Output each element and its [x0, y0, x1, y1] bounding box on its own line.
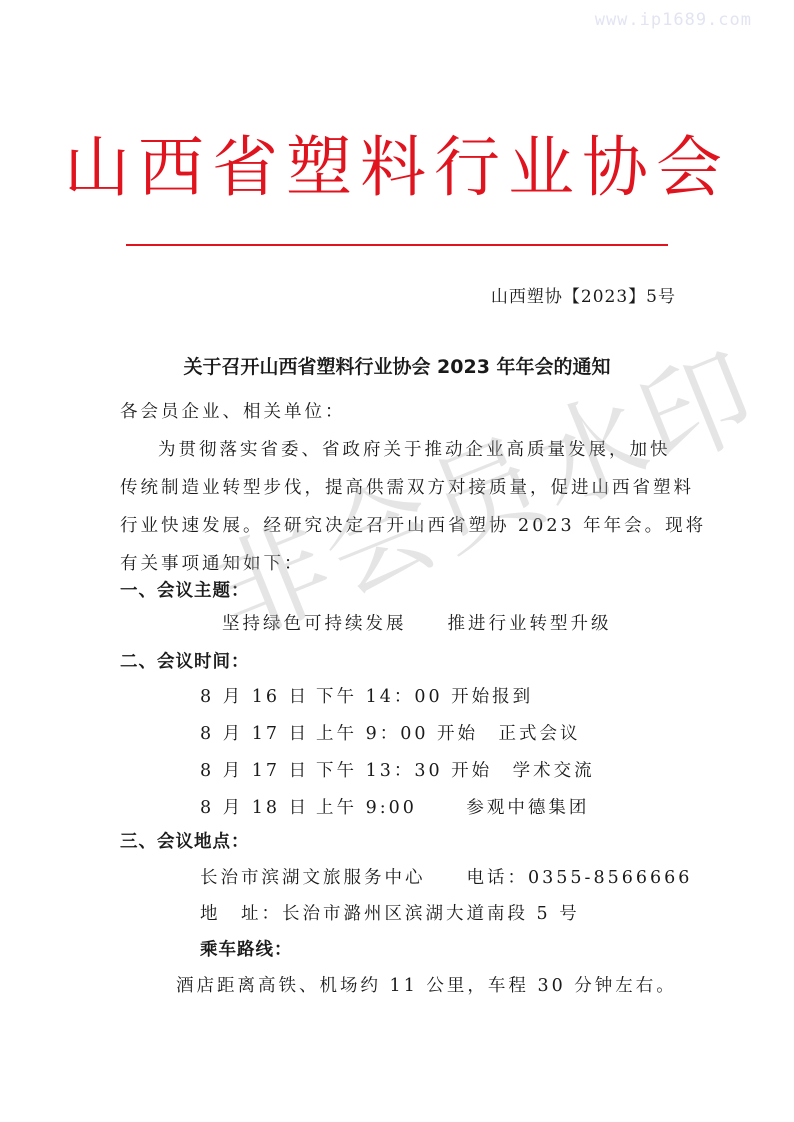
- schedule-date: 8 月 16 日: [200, 683, 309, 708]
- header-divider: [126, 244, 668, 246]
- org-header-title: 山西省塑料行业协会: [0, 128, 794, 208]
- theme-content: 坚持绿色可持续发展 推进行业转型升级: [222, 610, 612, 635]
- schedule-time: 上午 9：00 开始 正式会议: [316, 720, 581, 745]
- schedule-time: 上午 9:00 参观中德集团: [316, 794, 589, 819]
- schedule-time: 下午 14：00 开始报到: [316, 683, 533, 708]
- intro-line: 传统制造业转型步伐，提高供需双方对接质量，促进山西省塑料: [120, 474, 694, 499]
- section-heading-time: 二、会议时间：: [120, 648, 250, 673]
- document-number: 山西塑协【2023】5号: [491, 282, 676, 307]
- schedule-date: 8 月 18 日: [200, 794, 309, 819]
- schedule-date: 8 月 17 日: [200, 720, 309, 745]
- section-heading-venue: 三、会议地点：: [120, 828, 250, 853]
- notice-title: 关于召开山西省塑料行业协会 2023 年年会的通知: [0, 352, 794, 379]
- intro-line: 行业快速发展。经研究决定召开山西省塑协 2023 年年会。现将: [120, 512, 706, 537]
- salutation: 各会员企业、相关单位：: [120, 398, 346, 423]
- site-watermark: www.ip1689.com: [595, 10, 752, 30]
- route-description: 酒店距离高铁、机场约 11 公里，车程 30 分钟左右。: [176, 972, 677, 997]
- intro-line: 为贯彻落实省委、省政府关于推动企业高质量发展，加快: [158, 436, 671, 461]
- intro-line: 有关事项通知如下：: [120, 550, 305, 575]
- venue-name-phone: 长治市滨湖文旅服务中心 电话：0355-8566666: [200, 864, 692, 889]
- venue-address: 地 址：长治市潞州区滨湖大道南段 5 号: [200, 900, 580, 925]
- schedule-time: 下午 13：30 开始 学术交流: [316, 757, 595, 782]
- schedule-date: 8 月 17 日: [200, 757, 309, 782]
- route-heading: 乘车路线：: [200, 936, 293, 961]
- section-heading-theme: 一、会议主题：: [120, 577, 250, 602]
